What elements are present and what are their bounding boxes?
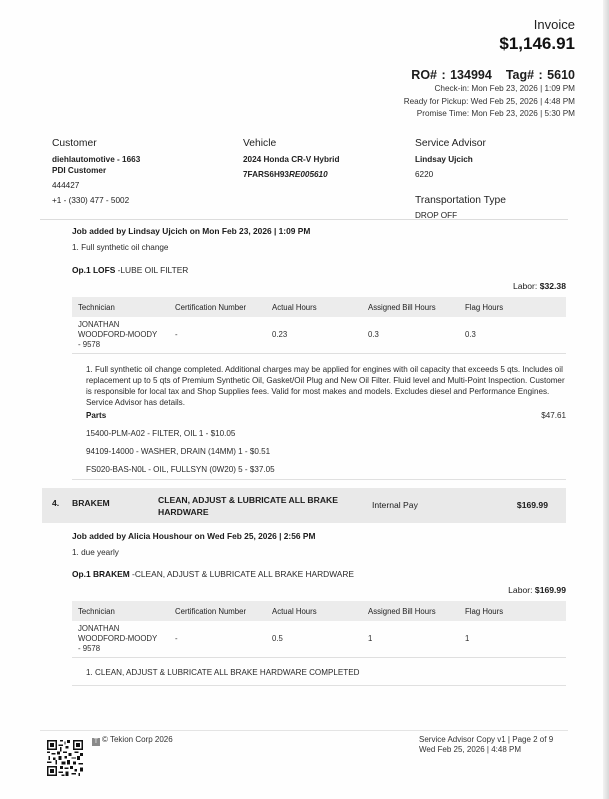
vin-prefix: 7FARS6H93 (243, 170, 289, 179)
vehicle-heading: Vehicle (243, 137, 339, 150)
transportation-heading: Transportation Type (415, 194, 506, 207)
service-advisor-id: 6220 (415, 169, 506, 180)
col-technician: Technician (72, 297, 169, 317)
col-assigned-bill-hours: Assigned Bill Hours (362, 297, 459, 317)
tech-first: JONATHAN (78, 320, 119, 329)
service-advisor-heading: Service Advisor (415, 137, 506, 150)
job1-op-desc: -LUBE OIL FILTER (118, 265, 189, 275)
col-certification: Certification Number (169, 297, 266, 317)
customer-phone: +1 - (330) 477 - 5002 (52, 195, 140, 206)
job1-concern: 1. Full synthetic oil change (72, 243, 168, 252)
service-advisor-block: Service Advisor Lindsay Ujcich 6220 Tran… (415, 137, 506, 221)
col-actual-hours: Actual Hours (266, 297, 362, 317)
job4-technician-table: Technician Certification Number Actual H… (72, 601, 566, 658)
labor-label: Labor: (513, 281, 537, 291)
customer-block: Customer diehlautomotive - 1663 PDI Cust… (52, 137, 140, 206)
job-title: CLEAN, ADJUST & LUBRICATE ALL BRAKE HARD… (158, 495, 338, 518)
table-header-row: Technician Certification Number Actual H… (72, 601, 566, 621)
col-technician: Technician (72, 601, 169, 621)
job4-labor: Labor: $169.99 (508, 585, 566, 595)
tech-id: - 9578 (78, 340, 100, 349)
job4-op-desc: -CLEAN, ADJUST & LUBRICATE ALL BRAKE HAR… (132, 569, 354, 579)
vehicle-block: Vehicle 2024 Honda CR-V Hybrid 7FARS6H93… (243, 137, 339, 180)
page-edge (603, 0, 609, 799)
divider (40, 219, 568, 220)
check-in-time: Check-in: Mon Feb 23, 2026 | 1:09 PM (404, 83, 575, 96)
col-actual-hours: Actual Hours (266, 601, 362, 621)
job4-completed-note: 1. CLEAN, ADJUST & LUBRICATE ALL BRAKE H… (86, 668, 359, 677)
table-header-row: Technician Certification Number Actual H… (72, 297, 566, 317)
customer-heading: Customer (52, 137, 140, 150)
qr-code-icon (47, 740, 83, 776)
parts-heading: Parts (86, 411, 106, 420)
parts-total: $47.61 (541, 411, 566, 420)
table-row: JONATHANWOODFORD-MOODY- 9578 - 0.5 1 1 (72, 621, 566, 658)
info-section: Customer diehlautomotive - 1663 PDI Cust… (52, 137, 579, 207)
ready-for-pickup-time: Ready for Pickup: Wed Feb 25, 2026 | 4:4… (404, 96, 575, 109)
part-line: 94109-14000 - WASHER, DRAIN (14MM) 1 - $… (86, 447, 270, 456)
technician-name: JONATHANWOODFORD-MOODY- 9578 (72, 317, 169, 354)
labor-amount: $169.99 (535, 585, 566, 595)
pay-type: Internal Pay (372, 500, 418, 510)
job4-concern: 1. due yearly (72, 548, 119, 557)
vehicle-vin: 7FARS6H93RE005610 (243, 169, 339, 180)
table-row: JONATHANWOODFORD-MOODY- 9578 - 0.23 0.3 … (72, 317, 566, 354)
job4-header-bar: 4. BRAKEM CLEAN, ADJUST & LUBRICATE ALL … (42, 488, 566, 523)
job4-added-by: Job added by Alicia Houshour on Wed Feb … (72, 531, 315, 541)
tekion-logo-icon: T (92, 738, 100, 746)
ro-tag-line: RO# : 134994Tag# : 5610 (404, 68, 575, 83)
copyright: T© Tekion Corp 2026 (92, 735, 173, 746)
part-line: FS020-BAS-N0L - OIL, FULLSYN (0W20) 5 - … (86, 465, 275, 474)
copyright-text: © Tekion Corp 2026 (102, 735, 173, 744)
invoice-total: $1,146.91 (404, 34, 575, 54)
promise-time: Promise Time: Mon Feb 23, 2026 | 5:30 PM (404, 108, 575, 121)
flag-hours: 1 (459, 621, 566, 658)
technician-name: JONATHANWOODFORD-MOODY- 9578 (72, 621, 169, 658)
job1-op-code: Op.1 LOFS (72, 265, 115, 275)
customer-name: diehlautomotive - 1663 (52, 154, 140, 165)
job4-operation: Op.1 BRAKEM -CLEAN, ADJUST & LUBRICATE A… (72, 569, 354, 579)
certification-number: - (169, 621, 266, 658)
actual-hours: 0.23 (266, 317, 362, 354)
labor-label: Labor: (508, 585, 532, 595)
job1-labor: Labor: $32.38 (513, 281, 566, 291)
copy-page-info: Service Advisor Copy v1 | Page 2 of 9 (419, 735, 553, 745)
flag-hours: 0.3 (459, 317, 566, 354)
customer-id: 444427 (52, 180, 140, 191)
assigned-bill-hours: 1 (362, 621, 459, 658)
vin-suffix: RE005610 (289, 170, 328, 179)
tech-first: JONATHAN (78, 624, 119, 633)
job1-technician-table: Technician Certification Number Actual H… (72, 297, 566, 354)
job1-operation: Op.1 LOFS -LUBE OIL FILTER (72, 265, 188, 275)
tech-id: - 9578 (78, 644, 100, 653)
assigned-bill-hours: 0.3 (362, 317, 459, 354)
part-line: 15400-PLM-A02 - FILTER, OIL 1 - $10.05 (86, 429, 235, 438)
col-assigned-bill-hours: Assigned Bill Hours (362, 601, 459, 621)
labor-amount: $32.38 (540, 281, 566, 291)
customer-type: PDI Customer (52, 165, 140, 176)
footer-meta: Service Advisor Copy v1 | Page 2 of 9 We… (419, 735, 553, 755)
job1-added-by: Job added by Lindsay Ujcich on Mon Feb 2… (72, 226, 310, 236)
job-code: BRAKEM (72, 498, 110, 508)
footer-divider (40, 730, 568, 731)
divider (72, 479, 566, 480)
divider (72, 685, 566, 686)
vehicle-model: 2024 Honda CR-V Hybrid (243, 154, 339, 165)
col-certification: Certification Number (169, 601, 266, 621)
printed-timestamp: Wed Feb 25, 2026 | 4:48 PM (419, 745, 553, 755)
job4-op-code: Op.1 BRAKEM (72, 569, 130, 579)
col-flag-hours: Flag Hours (459, 297, 566, 317)
invoice-page: Invoice $1,146.91 RO# : 134994Tag# : 561… (0, 0, 609, 799)
job-number: 4. (52, 498, 59, 508)
tag-number: Tag# : 5610 (506, 68, 575, 82)
doc-label: Invoice (404, 17, 575, 33)
service-advisor-name: Lindsay Ujcich (415, 154, 506, 165)
tech-last: WOODFORD-MOODY (78, 634, 157, 643)
job1-description: 1. Full synthetic oil change completed. … (86, 364, 566, 408)
actual-hours: 0.5 (266, 621, 362, 658)
col-flag-hours: Flag Hours (459, 601, 566, 621)
tech-last: WOODFORD-MOODY (78, 330, 157, 339)
certification-number: - (169, 317, 266, 354)
job-amount: $169.99 (517, 500, 548, 510)
ro-number: RO# : 134994 (411, 68, 492, 82)
invoice-header: Invoice $1,146.91 RO# : 134994Tag# : 561… (404, 17, 575, 121)
